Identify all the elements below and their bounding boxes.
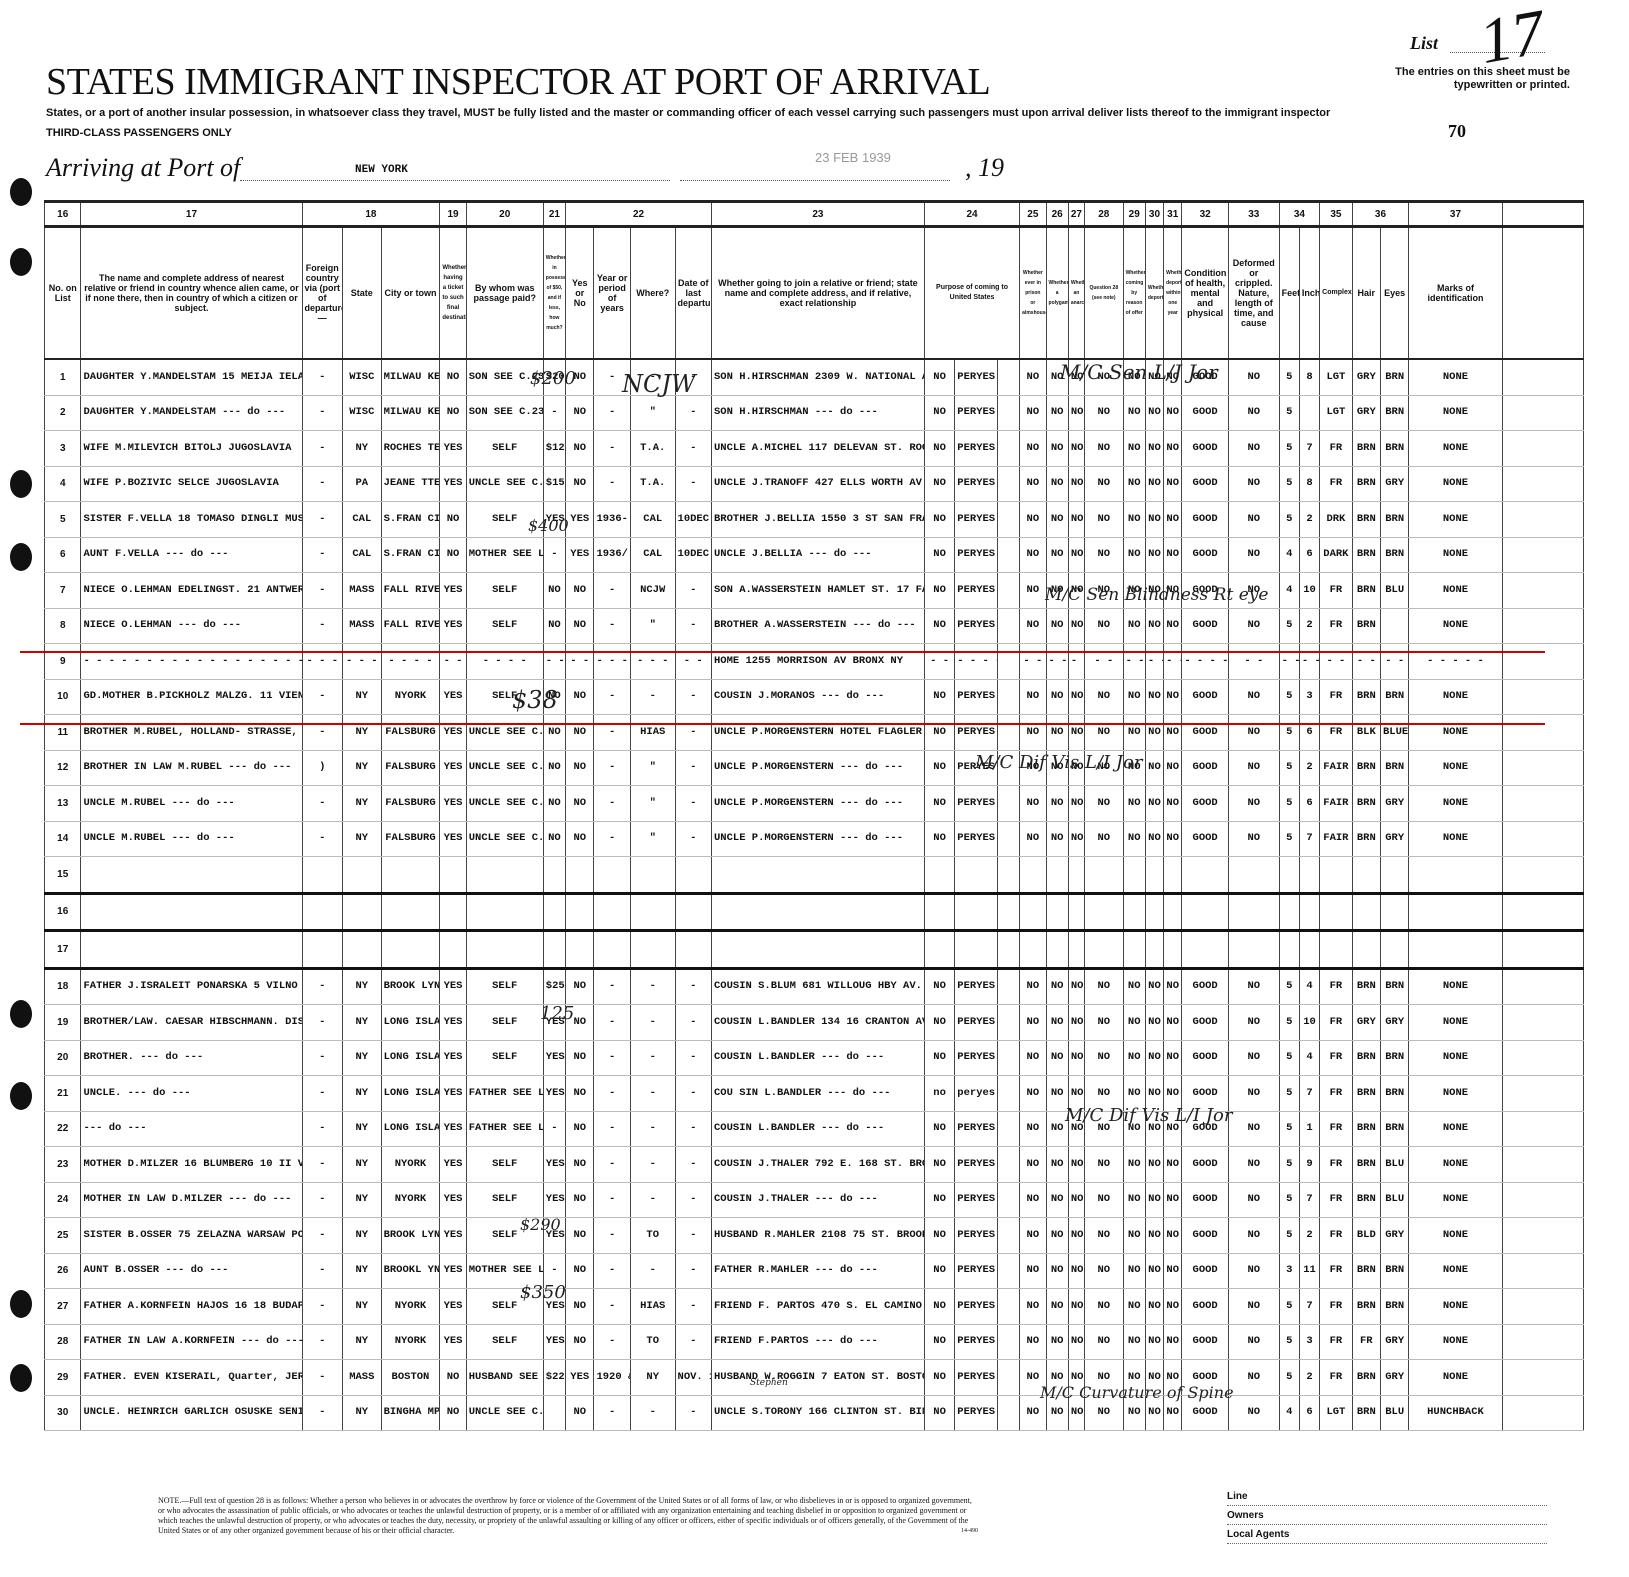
cell-join: COUSIN J.THALER --- do --- (712, 1182, 925, 1218)
cell-in: 2 (1299, 1218, 1319, 1254)
cell-money: NO (543, 573, 565, 609)
punch-hole (10, 1082, 32, 1110)
cell-health: GOOD (1182, 786, 1229, 822)
punch-hole (10, 470, 32, 498)
cell-blank (1502, 395, 1583, 431)
cell-p2: PERYES (955, 1289, 998, 1325)
cell-blank (997, 1395, 1019, 1431)
cell-join: UNCLE J.TRANOFF 427 ELLS WORTH AV. JEANE… (712, 466, 925, 502)
cell-dep: 10DEC 1938 (675, 502, 711, 538)
cell-eyes: - - (1380, 644, 1408, 680)
cell-c29: NO (1123, 1147, 1145, 1183)
cell-c29: NO (1123, 1324, 1145, 1360)
cell-join: UNCLE P.MORGENSTERN HOTEL FLAGLER FALLSB… (712, 715, 925, 751)
cell-in: 4 (1299, 968, 1319, 1005)
cell-deformed: NO (1228, 750, 1279, 786)
cell-hair: BRN (1352, 573, 1380, 609)
cell-c27: NO (1068, 431, 1084, 467)
cell-deformed: NO (1228, 431, 1279, 467)
table-row: 18FATHER J.ISRALEIT PONARSKA 5 VILNO POL… (45, 968, 1584, 1005)
cell-c26: NO (1046, 715, 1068, 751)
header-city: City or town (381, 227, 440, 360)
cell-p1: NO (924, 715, 954, 751)
line-field: Line (1227, 1487, 1547, 1506)
cell-c31: NO (1164, 1324, 1182, 1360)
cell-p1: NO (924, 359, 954, 395)
cell-relative: WIFE P.BOZIVIC SELCE JUGOSLAVIA (81, 466, 302, 502)
cell-p2: PERYES (955, 1360, 998, 1396)
cell-c29 (1123, 893, 1145, 931)
cell-paid (466, 931, 543, 969)
cell-ticket: YES (440, 679, 466, 715)
cell-c30: NO (1145, 1253, 1163, 1289)
cell-no: 27 (45, 1289, 81, 1325)
header-deformed: Deformed or crippled. Nature, length of … (1228, 227, 1279, 360)
cell-health: GOOD (1182, 968, 1229, 1005)
cell-foreign: - (302, 786, 343, 822)
table-row: 14UNCLE M.RUBEL --- do ----NYFALSBURGYES… (45, 821, 1584, 857)
table-row: 15 (45, 857, 1584, 894)
cell-c29 (1123, 857, 1145, 894)
cell-join: UNCLE S.TORONY 166 CLINTON ST. BINGHAMPT… (712, 1395, 925, 1431)
cell-money: $25 (543, 968, 565, 1005)
handwritten-medical-note: M/C Sen L/J Jor (1060, 360, 1218, 384)
cell-state: NY (343, 1395, 382, 1431)
cell-comp: FR (1320, 431, 1352, 467)
cell-hair: BRN (1352, 1111, 1380, 1147)
cell-ft: 5 (1279, 466, 1299, 502)
cell-ticket (440, 931, 466, 969)
cell-before: NO (566, 1289, 594, 1325)
cell-hair: BRN (1352, 1395, 1380, 1431)
cell-ft: 5 (1279, 1040, 1299, 1076)
cell-join: HOME 1255 MORRISON AV BRONX NY (712, 644, 925, 680)
cell-hair: BRN (1352, 821, 1380, 857)
cell-no: 22 (45, 1111, 81, 1147)
manifest-rows: 1DAUGHTER Y.MANDELSTAM 15 MEIJA IELA II … (45, 359, 1584, 1431)
cell-foreign: - (302, 715, 343, 751)
cell-hair: BRN (1352, 1076, 1380, 1112)
footer-fields: Line Owners Local Agents (1227, 1487, 1547, 1544)
cell-deformed: NO (1228, 1253, 1279, 1289)
cell-deformed: NO (1228, 1360, 1279, 1396)
cell-c25: NO (1020, 821, 1046, 857)
cell-health: GOOD (1182, 1147, 1229, 1183)
cell-c27: NO (1068, 1147, 1084, 1183)
col-num: 34 (1279, 202, 1320, 227)
cell-paid: UNCLE SEE C.23 (466, 750, 543, 786)
cell-before: NO (566, 1040, 594, 1076)
cell-hair: BRN (1352, 1253, 1380, 1289)
cell-no: 18 (45, 968, 81, 1005)
cell-eyes (1380, 931, 1408, 969)
cell-no: 7 (45, 573, 81, 609)
table-row: 7NIECE O.LEHMAN EDELINGST. 21 ANTWERP BE… (45, 573, 1584, 609)
cell-blank (997, 1111, 1019, 1147)
cell-city: NYORK (381, 1147, 440, 1183)
cell-c27: NO (1068, 395, 1084, 431)
cell-blank (1502, 1395, 1583, 1431)
cell-where: - (630, 1395, 675, 1431)
cell-comp: FAIR (1320, 786, 1352, 822)
cell-comp: FR (1320, 1360, 1352, 1396)
cell-foreign: - (302, 608, 343, 644)
cell-c29: - - (1123, 644, 1145, 680)
table-row: 28FATHER IN LAW A.KORNFEIN --- do ----NY… (45, 1324, 1584, 1360)
cell-where: - (630, 1147, 675, 1183)
cell-money: YES (543, 1182, 565, 1218)
local-agents-field: Local Agents (1227, 1525, 1547, 1544)
cell-before: NO (566, 395, 594, 431)
cell-no: 25 (45, 1218, 81, 1254)
cell-blank (1502, 502, 1583, 538)
cell-state: NY (343, 1040, 382, 1076)
cell-city: FALSBURG (381, 715, 440, 751)
cell-p2: PERYES (955, 502, 998, 538)
cell-in: 2 (1299, 502, 1319, 538)
cell-relative: UNCLE M.RUBEL --- do --- (81, 821, 302, 857)
cell-before: NO (566, 573, 594, 609)
highlight-line-bottom (20, 723, 1545, 725)
cell-in (1299, 857, 1319, 894)
cell-foreign: - (302, 431, 343, 467)
cell-where: - (630, 1253, 675, 1289)
cell-join: COUSIN S.BLUM 681 WILLOUG HBY AV. BROOKL… (712, 968, 925, 1005)
cell-foreign (302, 931, 343, 969)
cell-no: 24 (45, 1182, 81, 1218)
cell-deformed: NO (1228, 968, 1279, 1005)
cell-c25 (1020, 931, 1046, 969)
header-blank (1502, 227, 1583, 360)
cell-c28: NO (1085, 1040, 1124, 1076)
cell-state: NY (343, 1289, 382, 1325)
cell-ticket: NO (440, 537, 466, 573)
cell-join: SON H.HIRSCHMAN --- do --- (712, 395, 925, 431)
cell-deformed: NO (1228, 502, 1279, 538)
col-num: 26 (1046, 202, 1068, 227)
header-joining: Whether going to join a relative or frie… (712, 227, 925, 360)
cell-no: 20 (45, 1040, 81, 1076)
cell-health (1182, 857, 1229, 894)
cell-city: BROOKL YN (381, 1253, 440, 1289)
cell-no: 11 (45, 715, 81, 751)
cell-p2: PERYES (955, 821, 998, 857)
cell-foreign: - (302, 1040, 343, 1076)
cell-relative: FATHER. EVEN KISERAIL, Quarter, JERUSALE… (81, 1360, 302, 1396)
cell-join: UNCLE P.MORGENSTERN --- do --- (712, 821, 925, 857)
cell-c28: NO (1085, 1218, 1124, 1254)
cell-join (712, 893, 925, 931)
cell-c27: NO (1068, 821, 1084, 857)
cell-hair: BLK (1352, 715, 1380, 751)
cell-c31: NO (1164, 786, 1182, 822)
cell-city: S.FRAN CISCO (381, 537, 440, 573)
cell-before: NO (566, 1324, 594, 1360)
cell-in: 4 (1299, 1040, 1319, 1076)
header-c30: Whether deported (1145, 227, 1163, 360)
cell-ft (1279, 857, 1299, 894)
col-num: 24 (924, 202, 1019, 227)
cell-comp: FR (1320, 715, 1352, 751)
cell-c29: NO (1123, 537, 1145, 573)
highlight-line-top (20, 651, 1545, 653)
cell-blank (1502, 931, 1583, 969)
cell-eyes: GRY (1380, 821, 1408, 857)
cell-deformed: NO (1228, 1289, 1279, 1325)
cell-ticket: YES (440, 1218, 466, 1254)
cell-p2: PERYES (955, 715, 998, 751)
cell-eyes: GRY (1380, 466, 1408, 502)
cell-city: MILWAU KEE (381, 395, 440, 431)
cell-city: BROOK LYN (381, 1218, 440, 1254)
cell-city: NYORK (381, 1182, 440, 1218)
cell-c29 (1123, 931, 1145, 969)
form-number: 14-490 (961, 1526, 978, 1536)
header-feet: Feet (1279, 227, 1299, 360)
cell-blank (997, 537, 1019, 573)
cell-c30: NO (1145, 750, 1163, 786)
cell-where: TO (630, 1324, 675, 1360)
cell-c26: NO (1046, 395, 1068, 431)
cell-paid: SELF (466, 1040, 543, 1076)
cell-relative: UNCLE M.RUBEL --- do --- (81, 786, 302, 822)
cell-in: - - (1299, 644, 1319, 680)
cell-marks: NONE (1409, 608, 1502, 644)
cell-paid: SELF (466, 431, 543, 467)
cell-c31: NO (1164, 395, 1182, 431)
cell-c25: NO (1020, 608, 1046, 644)
cell-p2 (955, 893, 998, 931)
cell-c29: NO (1123, 968, 1145, 1005)
cell-eyes: BRN (1380, 1111, 1408, 1147)
cell-join: HUSBAND R.MAHLER 2108 75 ST. BROOKLYN NY (712, 1218, 925, 1254)
cell-ft (1279, 893, 1299, 931)
cell-before: NO (566, 968, 594, 1005)
header-passage-paid: By whom was passage paid? (466, 227, 543, 360)
cell-no: 23 (45, 1147, 81, 1183)
cell-c26: NO (1046, 1040, 1068, 1076)
cell-c29: NO (1123, 466, 1145, 502)
header-date-departure: Date of last departure (675, 227, 711, 360)
cell-join: COUSIN L.BANDLER 134 16 CRANTON AV. LONG… (712, 1005, 925, 1041)
cell-foreign: - (302, 1005, 343, 1041)
cell-c25: NO (1020, 1218, 1046, 1254)
cell-period: - (594, 1218, 630, 1254)
cell-money: YES (543, 1324, 565, 1360)
cell-hair: BLD (1352, 1218, 1380, 1254)
col-num: 29 (1123, 202, 1145, 227)
cell-city (381, 893, 440, 931)
cell-foreign: - (302, 1147, 343, 1183)
cell-c26: NO (1046, 821, 1068, 857)
cell-c27: NO (1068, 608, 1084, 644)
cell-c26 (1046, 893, 1068, 931)
cell-comp: FR (1320, 608, 1352, 644)
cell-comp: FR (1320, 1253, 1352, 1289)
cell-foreign: - (302, 968, 343, 1005)
cell-relative: FATHER A.KORNFEIN HAJOS 16 18 BUDAPEST H… (81, 1289, 302, 1325)
cell-paid: SELF (466, 968, 543, 1005)
cell-dep: 10DEC 1938 (675, 537, 711, 573)
cell-no: 6 (45, 537, 81, 573)
cell-in: 11 (1299, 1253, 1319, 1289)
handwritten-amount: $290 (520, 1215, 561, 1234)
cell-c31: NO (1164, 679, 1182, 715)
table-row: 5SISTER F.VELLA 18 TOMASO DINGLI MUSTA M… (45, 502, 1584, 538)
port-label: Arriving at Port of (46, 153, 240, 183)
cell-dep: - (675, 395, 711, 431)
cell-blank (1502, 1076, 1583, 1112)
cell-p1: NO (924, 1289, 954, 1325)
cell-city: BINGHA MPTON (381, 1395, 440, 1431)
cell-no: 2 (45, 395, 81, 431)
cell-blank (997, 1218, 1019, 1254)
cell-join: COUSIN J.MORANOS --- do --- (712, 679, 925, 715)
cell-period (594, 931, 630, 969)
cell-p1: - - (924, 644, 954, 680)
cell-blank (1502, 573, 1583, 609)
cell-paid: FATHER SEE L.19 (466, 1111, 543, 1147)
cell-c28 (1085, 931, 1124, 969)
cell-c27 (1068, 931, 1084, 969)
cell-comp: FR (1320, 573, 1352, 609)
cell-ft: 5 (1279, 1111, 1299, 1147)
cell-comp: FR (1320, 1289, 1352, 1325)
table-row: 16 (45, 893, 1584, 931)
cell-in: 6 (1299, 537, 1319, 573)
cell-ticket (440, 893, 466, 931)
cell-relative: WIFE M.MILEVICH BITOLJ JUGOSLAVIA (81, 431, 302, 467)
cell-paid: UNCLE SEE C.23 (466, 786, 543, 822)
cell-c26: NO (1046, 466, 1068, 502)
cell-city: BROOK LYN (381, 968, 440, 1005)
cell-c31: NO (1164, 968, 1182, 1005)
col-num: 25 (1020, 202, 1046, 227)
cell-blank (997, 431, 1019, 467)
cell-city: LONG ISLAND (381, 1040, 440, 1076)
cell-c29: NO (1123, 395, 1145, 431)
cell-hair: BRN (1352, 1289, 1380, 1325)
cell-comp: FR (1320, 1040, 1352, 1076)
cell-money: - (543, 395, 565, 431)
cell-c31: NO (1164, 608, 1182, 644)
cell-no: 8 (45, 608, 81, 644)
cell-before: NO (566, 1253, 594, 1289)
cell-c27: NO (1068, 1218, 1084, 1254)
header-inches: Inches (1299, 227, 1319, 360)
cell-blank (1502, 1005, 1583, 1041)
cell-in: 9 (1299, 1147, 1319, 1183)
cell-blank (1502, 1218, 1583, 1254)
cell-dep: - (675, 1324, 711, 1360)
cell-blank (997, 679, 1019, 715)
cell-deformed: NO (1228, 1040, 1279, 1076)
cell-c26: NO (1046, 1253, 1068, 1289)
cell-marks: HUNCHBACK (1409, 1395, 1502, 1431)
cell-period: - (594, 1147, 630, 1183)
cell-marks: NONE (1409, 1182, 1502, 1218)
cell-comp: FAIR (1320, 821, 1352, 857)
cell-c30: NO (1145, 431, 1163, 467)
cell-before: NO (566, 821, 594, 857)
cell-join: UNCLE A.MICHEL 117 DELEVAN ST. ROCHESTER… (712, 431, 925, 467)
cell-dep (675, 931, 711, 969)
cell-deformed: NO (1228, 359, 1279, 395)
cell-city: FALSBURG (381, 821, 440, 857)
cell-no: 19 (45, 1005, 81, 1041)
cell-c27 (1068, 857, 1084, 894)
cell-c29: NO (1123, 679, 1145, 715)
cell-before: NO (566, 1218, 594, 1254)
cell-health (1182, 893, 1229, 931)
cell-relative: MOTHER D.MILZER 16 BLUMBERG 10 II VIENNA… (81, 1147, 302, 1183)
cell-ft: 5 (1279, 715, 1299, 751)
cell-blank (997, 395, 1019, 431)
cell-marks: NONE (1409, 1076, 1502, 1112)
cell-ft: 5 (1279, 1289, 1299, 1325)
cell-where: TO (630, 1218, 675, 1254)
cell-hair: FR (1352, 1324, 1380, 1360)
cell-marks: NONE (1409, 786, 1502, 822)
table-row: 24MOTHER IN LAW D.MILZER --- do ----NYNY… (45, 1182, 1584, 1218)
cell-no: 3 (45, 431, 81, 467)
col-num: 19 (440, 202, 466, 227)
cell-dep: - (675, 1040, 711, 1076)
cell-health: GOOD (1182, 679, 1229, 715)
owners-field: Owners (1227, 1506, 1547, 1525)
cell-blank (997, 1147, 1019, 1183)
cell-foreign: - (302, 1218, 343, 1254)
cell-dep: NOV. 1935 (675, 1360, 711, 1396)
cell-foreign: - (302, 395, 343, 431)
cell-comp: FR (1320, 1005, 1352, 1041)
sheet-number: 70 (1448, 121, 1466, 142)
col-num: 35 (1320, 202, 1352, 227)
cell-p2: PERYES (955, 1111, 998, 1147)
cell-deformed: NO (1228, 786, 1279, 822)
cell-marks: NONE (1409, 1253, 1502, 1289)
cell-c25: NO (1020, 359, 1046, 395)
cell-state: NY (343, 715, 382, 751)
port-field-line (240, 180, 670, 181)
cell-health: GOOD (1182, 537, 1229, 573)
cell-deformed: NO (1228, 1076, 1279, 1112)
cell-no: 26 (45, 1253, 81, 1289)
cell-foreign: - (302, 537, 343, 573)
cell-period (594, 893, 630, 931)
cell-ft: 5 (1279, 359, 1299, 395)
col-num: 20 (466, 202, 543, 227)
cell-hair: BRN (1352, 968, 1380, 1005)
cell-deformed: NO (1228, 537, 1279, 573)
cell-state: NY (343, 786, 382, 822)
cell-comp: FR (1320, 679, 1352, 715)
cell-city: - - - - (381, 644, 440, 680)
cell-blank (997, 644, 1019, 680)
cell-where: T.A. (630, 466, 675, 502)
cell-blank (1502, 537, 1583, 573)
cell-relative: NIECE O.LEHMAN EDELINGST. 21 ANTWERP BEL… (81, 573, 302, 609)
cell-where: - (630, 1111, 675, 1147)
table-row: 22 --- do ----NYLONG ISLANDYESFATHER SEE… (45, 1111, 1584, 1147)
cell-dep: - (675, 1005, 711, 1041)
cell-comp: FAIR (1320, 750, 1352, 786)
cell-no: 5 (45, 502, 81, 538)
cell-c30: NO (1145, 1218, 1163, 1254)
cell-c29: NO (1123, 608, 1145, 644)
cell-where: - (630, 1182, 675, 1218)
cell-marks: - - - - - (1409, 644, 1502, 680)
